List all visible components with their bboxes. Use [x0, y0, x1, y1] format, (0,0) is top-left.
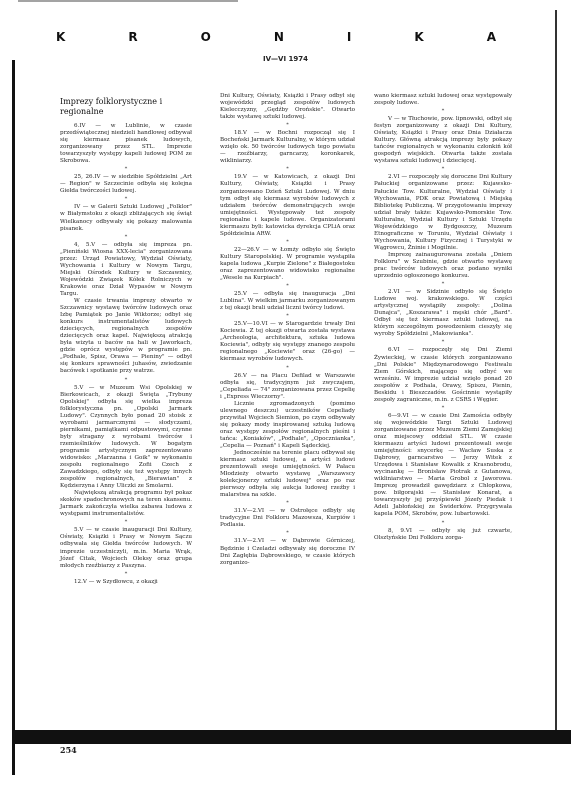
article-paragraph: Licznie zgromadzonych (pomimo ulewnego d… [220, 401, 355, 450]
article-paragraph: Jednocześnie na terenie placu odbywał si… [220, 450, 355, 499]
article-paragraph: Imprezę zainaugurowana została „Dniem Fo… [374, 252, 512, 280]
article-paragraph: 8, 9.VI — odbyły się już czwarte, Olszty… [374, 528, 512, 542]
separator-star: * [60, 233, 192, 242]
column-1: Imprezy folklorystyczne i regionalne 6.I… [60, 97, 192, 586]
separator-star: * [220, 121, 355, 130]
section-title: Imprezy folklorystyczne i regionalne [60, 97, 192, 117]
article-paragraph: V — w Tłuchowie, pow. lipnowski, odbył s… [374, 116, 512, 165]
article-paragraph: 25.V — odbyła się inauguracja „Dni Lubli… [220, 291, 355, 312]
separator-star: * [220, 282, 355, 291]
page-subtitle: IV—VI 1974 [0, 55, 571, 63]
article-paragraph: 22—26.V — w Łomży odbyło się Święto Kult… [220, 247, 355, 282]
title-letter: N [274, 30, 284, 44]
separator-star: * [220, 238, 355, 247]
article-paragraph: 2.VI — rozpoczęły się doroczne Dni Kultu… [374, 174, 512, 252]
page-bottom-border [12, 730, 571, 744]
article-paragraph: 19.V — w Katowicach, z okazji Dni Kultur… [220, 174, 355, 237]
column-2: Dni Kultury, Oświaty, Książki i Prasy od… [220, 93, 355, 567]
separator-star: * [374, 280, 512, 289]
article-paragraph: IV — w Galerii Sztuki Ludowej „Folklor" … [60, 204, 192, 232]
article-paragraph: 18.V — w Bochni rozpoczął się I Bocheńsk… [220, 130, 355, 165]
separator-star: * [60, 195, 192, 204]
separator-star: * [60, 165, 192, 174]
separator-star: * [374, 404, 512, 413]
article-paragraph: wano kiermasz sztuki ludowej oraz występ… [374, 93, 512, 107]
title-letter: K [56, 30, 65, 44]
title-letter: R [128, 30, 137, 44]
article-paragraph: Największą atrakcją programu był pokaz s… [60, 490, 192, 518]
article-paragraph: 25, 26.IV — w siedzibie Spółdzielni „Art… [60, 174, 192, 195]
separator-star: * [220, 165, 355, 174]
article-paragraph: Dni Kultury, Oświaty, Książki i Prasy od… [220, 93, 355, 121]
title-letter: K [414, 30, 423, 44]
article-paragraph: 12.V — w Szydłowcu, z okazji [60, 579, 192, 586]
article-paragraph: 4, 5.V — odbyła się impreza pn. „Pienińs… [60, 242, 192, 298]
separator-star: * [374, 519, 512, 528]
page-right-border [555, 10, 557, 730]
separator-star: * [60, 376, 192, 385]
page-number: 254 [60, 745, 77, 755]
separator-star: * [60, 518, 192, 527]
article-paragraph: 6—9.VI — w czasie Dni Zamościa odbyły si… [374, 413, 512, 519]
separator-star: * [374, 338, 512, 347]
article-paragraph: 2.VI — w Sidzinie odbyło się Święto Ludo… [374, 289, 512, 338]
separator-star: * [220, 499, 355, 508]
column-3: wano kiermasz sztuki ludowej oraz występ… [374, 93, 512, 542]
title-letter: O [201, 30, 211, 44]
separator-star: * [374, 165, 512, 174]
article-paragraph: 26.V — na Placu Defilad w Warszawie odby… [220, 373, 355, 401]
separator-star: * [374, 107, 512, 116]
page-left-border [12, 60, 15, 775]
article-paragraph: 6.IV — w Lublinie, w czasie przedświątec… [60, 123, 192, 165]
separator-star: * [60, 570, 192, 579]
title-letter: A [487, 30, 496, 44]
article-paragraph: 31.V—2.VI — w Ostrołęce odbyły się trady… [220, 508, 355, 529]
article-paragraph: 5.V — w czasie inauguracji Dni Kultury, … [60, 527, 192, 569]
article-paragraph: 31.V—2.VI — w Dąbrowie Górniczej, Będzin… [220, 538, 355, 566]
top-edge-rule [18, 0, 238, 2]
article-paragraph: 25.V—10.VI — w Starogardzie trwały Dni K… [220, 321, 355, 363]
article-paragraph: W czasie trwania imprezy otwarto w Szcza… [60, 298, 192, 376]
article-paragraph: 5.V — w Muzeum Wsi Opolskiej w Bierkowic… [60, 385, 192, 491]
page-title: K R O N I K A [56, 30, 496, 44]
separator-star: * [220, 312, 355, 321]
article-paragraph: 6.VI — rozpoczęły się Dni Ziemi Żywiecki… [374, 347, 512, 403]
separator-star: * [220, 364, 355, 373]
title-letter: I [347, 30, 351, 44]
